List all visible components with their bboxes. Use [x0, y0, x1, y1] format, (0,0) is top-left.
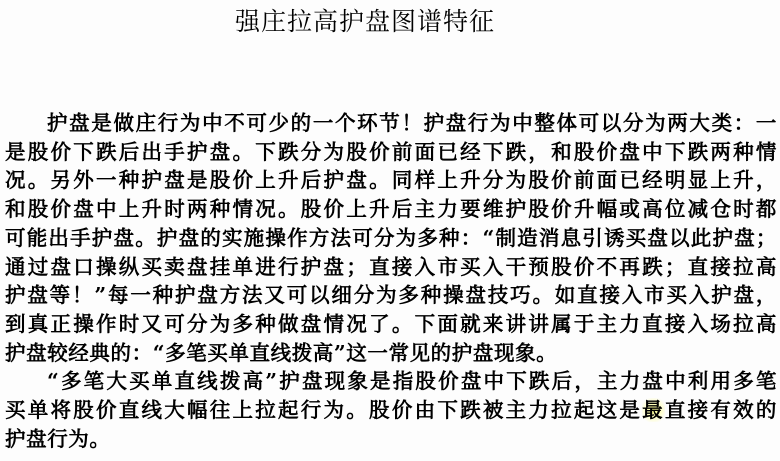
text-line: “多笔大买单直线拨高”护盘现象是指股价盘中下跌后，主力盘中利用多笔: [5, 367, 777, 396]
highlighted-character: 最: [642, 398, 665, 422]
text-segment: 直接有效的: [665, 398, 777, 422]
text-line: 护盘等！”每一种护盘方法又可以细分为多种操盘技巧。如直接入市买入护盘，: [5, 281, 777, 310]
text-line: 况。另外一种护盘是股价上升后护盘。同样上升分为股价前面已经明显上升，: [5, 166, 777, 195]
paragraph-2: “多笔大买单直线拨高”护盘现象是指股价盘中下跌后，主力盘中利用多笔 买单将股价直…: [5, 367, 777, 453]
document-title: 强庄拉高护盘图谱特征: [0, 2, 730, 42]
text-line: 到真正操作时又可分为多种做盘情况了。下面就来讲讲属于主力直接入场拉高: [5, 310, 777, 339]
document-page: 强庄拉高护盘图谱特征 护盘是做庄行为中不可少的一个环节！护盘行为中整体可以分为两…: [0, 0, 780, 461]
text-line: 护盘行为。: [5, 425, 777, 454]
text-line: 是股价下跌后出手护盘。下跌分为股价前面已经下跌，和股价盘中下跌两种情: [5, 138, 777, 167]
text-line: 和股价盘中上升时两种情况。股价上升后主力要维护股价升幅或高位减仓时都: [5, 195, 777, 224]
text-line: 护盘较经典的：“多笔买单直线拨高”这一常见的护盘现象。: [5, 339, 777, 368]
paragraph-1: 护盘是做庄行为中不可少的一个环节！护盘行为中整体可以分为两大类：一 是股价下跌后…: [5, 109, 777, 367]
text-line: 可能出手护盘。护盘的实施操作方法可分为多种：“制造消息引诱买盘以此护盘；: [5, 224, 777, 253]
text-segment: 买单将股价直线大幅往上拉起行为。股价由下跌被主力拉起这是: [5, 398, 642, 422]
document-body: 护盘是做庄行为中不可少的一个环节！护盘行为中整体可以分为两大类：一 是股价下跌后…: [5, 109, 777, 453]
text-line: 护盘是做庄行为中不可少的一个环节！护盘行为中整体可以分为两大类：一: [5, 109, 777, 138]
text-line-with-highlight: 买单将股价直线大幅往上拉起行为。股价由下跌被主力拉起这是最直接有效的: [5, 396, 777, 425]
text-line: 通过盘口操纵买卖盘挂单进行护盘；直接入市买入干预股价不再跌；直接拉高: [5, 253, 777, 282]
